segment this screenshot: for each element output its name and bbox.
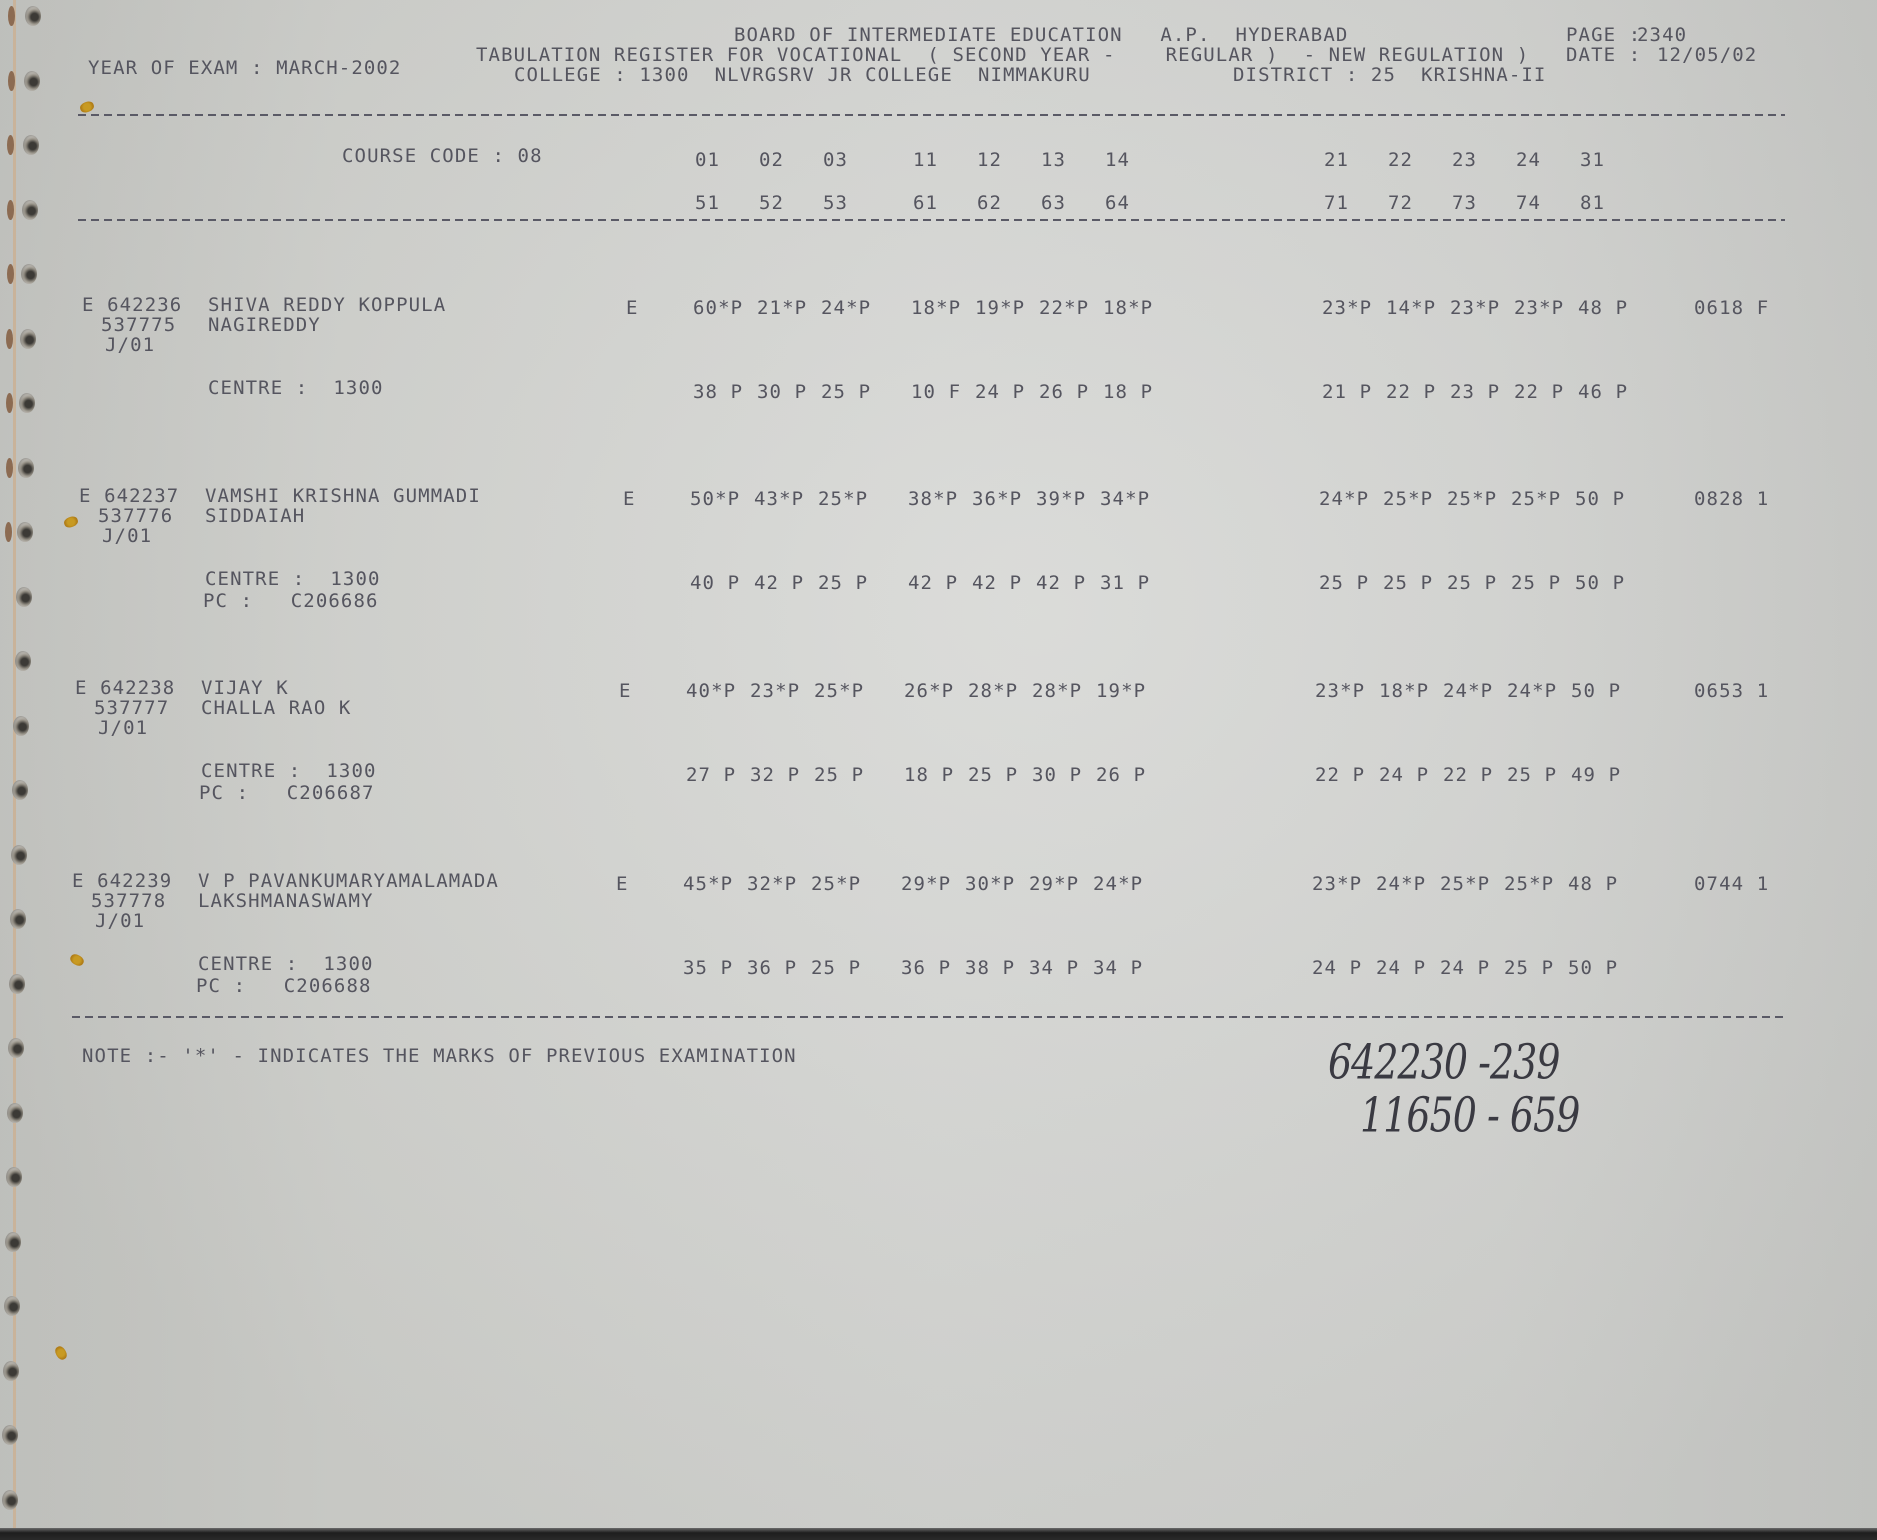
mark-first-year: 25*P	[1440, 873, 1490, 895]
binding-hole	[7, 1103, 23, 1123]
mark-first-year: 29*P	[1029, 873, 1079, 895]
mark-first-year: 23*P	[1450, 297, 1500, 319]
mark-second-year: 49 P	[1571, 764, 1621, 786]
binding-hole	[17, 522, 33, 542]
mark-first-year: 28*P	[968, 680, 1018, 702]
serial-number: 537776	[98, 505, 173, 527]
mark-second-year: 38 P	[693, 381, 743, 403]
serial-number: 537777	[94, 697, 169, 719]
subject-code: 02	[759, 149, 784, 171]
total-and-result: 0828 1	[1694, 488, 1769, 510]
mark-first-year: 23*P	[1322, 297, 1372, 319]
parent-name: SIDDAIAH	[205, 505, 305, 527]
subject-code: 21	[1324, 149, 1349, 171]
mark-second-year: 32 P	[750, 764, 800, 786]
mark-second-year: 42 P	[754, 572, 804, 594]
pc-number: PC : C206686	[203, 590, 379, 612]
parent-name: CHALLA RAO K	[201, 697, 351, 719]
mark-second-year: 22 P	[1315, 764, 1365, 786]
mark-second-year: 25 P	[814, 764, 864, 786]
pc-number: PC : C206688	[196, 975, 372, 997]
mark-second-year: 30 P	[1032, 764, 1082, 786]
mark-first-year: 25*P	[1504, 873, 1554, 895]
mark-first-year: 19*P	[975, 297, 1025, 319]
binding-hole	[16, 587, 32, 607]
centre-code: CENTRE : 1300	[198, 953, 374, 975]
mark-second-year: 42 P	[908, 572, 958, 594]
mark-first-year: 18*P	[911, 297, 961, 319]
binding-hole	[22, 200, 38, 220]
mark-first-year: 21*P	[757, 297, 807, 319]
mark-first-year: 23*P	[750, 680, 800, 702]
student-name: VIJAY K	[201, 677, 289, 699]
binding-hole	[20, 329, 36, 349]
batch-code: J/01	[98, 717, 148, 739]
medium: E	[626, 297, 639, 319]
mark-first-year: 60*P	[693, 297, 743, 319]
footer-note: NOTE :- '*' - INDICATES THE MARKS OF PRE…	[82, 1045, 797, 1067]
subject-code: 62	[977, 192, 1002, 214]
subject-code: 13	[1041, 149, 1066, 171]
mark-first-year: 38*P	[908, 488, 958, 510]
parent-name: NAGIREDDY	[208, 314, 321, 336]
mark-first-year: 19*P	[1096, 680, 1146, 702]
subject-code: 53	[823, 192, 848, 214]
hall-ticket-number: E 642236	[82, 294, 182, 316]
district: DISTRICT : 25 KRISHNA-II	[1233, 64, 1546, 86]
mark-first-year: 29*P	[901, 873, 951, 895]
mark-second-year: 34 P	[1029, 957, 1079, 979]
mark-second-year: 24 P	[1440, 957, 1490, 979]
mark-first-year: 45*P	[683, 873, 733, 895]
mark-second-year: 46 P	[1578, 381, 1628, 403]
mark-first-year: 22*P	[1039, 297, 1089, 319]
hall-ticket-number: E 642238	[75, 677, 175, 699]
mark-second-year: 24 P	[975, 381, 1025, 403]
mark-first-year: 48 P	[1578, 297, 1628, 319]
centre-code: CENTRE : 1300	[205, 568, 381, 590]
binding-hole	[19, 393, 35, 413]
binding-hole	[21, 264, 37, 284]
mark-second-year: 25 P	[811, 957, 861, 979]
mark-second-year: 27 P	[686, 764, 736, 786]
subject-code: 71	[1324, 192, 1349, 214]
total-and-result: 0618 F	[1694, 297, 1769, 319]
divider-line	[78, 114, 1785, 116]
mark-second-year: 38 P	[965, 957, 1015, 979]
mark-second-year: 25 P	[1447, 572, 1497, 594]
subject-code: 12	[977, 149, 1002, 171]
subject-code: 51	[695, 192, 720, 214]
subject-code: 31	[1580, 149, 1605, 171]
mark-second-year: 25 P	[1319, 572, 1369, 594]
binding-hole-shadow	[8, 6, 15, 26]
binding-hole	[2, 1425, 18, 1445]
mark-second-year: 21 P	[1322, 381, 1372, 403]
subject-code: 73	[1452, 192, 1477, 214]
centre-code: CENTRE : 1300	[201, 760, 377, 782]
binding-hole-shadow	[6, 393, 13, 413]
binding-hole	[13, 716, 29, 736]
mark-first-year: 36*P	[972, 488, 1022, 510]
mark-first-year: 24*P	[1319, 488, 1369, 510]
subject-code: 24	[1516, 149, 1541, 171]
mark-second-year: 22 P	[1514, 381, 1564, 403]
year-of-exam: YEAR OF EXAM : MARCH-2002	[88, 57, 401, 79]
mark-first-year: 18*P	[1379, 680, 1429, 702]
mark-first-year: 26*P	[904, 680, 954, 702]
binding-hole	[2, 1490, 18, 1510]
mark-second-year: 35 P	[683, 957, 733, 979]
mark-second-year: 26 P	[1096, 764, 1146, 786]
mark-second-year: 26 P	[1039, 381, 1089, 403]
mark-second-year: 25 P	[818, 572, 868, 594]
medium: E	[616, 873, 629, 895]
hall-ticket-number: E 642239	[72, 870, 172, 892]
binding-hole	[24, 71, 40, 91]
binding-hole	[23, 135, 39, 155]
batch-code: J/01	[95, 910, 145, 932]
binding-hole-shadow	[5, 522, 12, 542]
mark-first-year: 18*P	[1103, 297, 1153, 319]
subject-code: 63	[1041, 192, 1066, 214]
mark-first-year: 14*P	[1386, 297, 1436, 319]
mark-first-year: 25*P	[811, 873, 861, 895]
divider-line	[72, 1016, 1785, 1018]
subject-code: 14	[1105, 149, 1130, 171]
stain-mark	[68, 952, 85, 968]
mark-first-year: 39*P	[1036, 488, 1086, 510]
binding-hole	[6, 1167, 22, 1187]
mark-second-year: 25 P	[1504, 957, 1554, 979]
page-number: 2340	[1637, 24, 1687, 46]
mark-second-year: 40 P	[690, 572, 740, 594]
stain-mark	[79, 100, 96, 114]
mark-first-year: 24*P	[1507, 680, 1557, 702]
page-label: PAGE :	[1566, 24, 1641, 46]
mark-second-year: 18 P	[904, 764, 954, 786]
mark-second-year: 22 P	[1386, 381, 1436, 403]
binding-hole-shadow	[7, 200, 14, 220]
binding-hole	[10, 909, 26, 929]
student-name: V P PAVANKUMARYAMALAMADA	[198, 870, 499, 892]
mark-second-year: 25 P	[968, 764, 1018, 786]
binding-hole	[15, 651, 31, 671]
binding-hole-shadow	[6, 458, 13, 478]
mark-second-year: 10 F	[911, 381, 961, 403]
mark-second-year: 34 P	[1093, 957, 1143, 979]
mark-first-year: 34*P	[1100, 488, 1150, 510]
desk-edge	[0, 1528, 1877, 1540]
stain-mark	[53, 1344, 69, 1361]
mark-first-year: 24*P	[821, 297, 871, 319]
mark-first-year: 23*P	[1315, 680, 1365, 702]
mark-first-year: 32*P	[747, 873, 797, 895]
medium: E	[623, 488, 636, 510]
binding-hole	[18, 458, 34, 478]
header-line-1: BOARD OF INTERMEDIATE EDUCATION A.P. HYD…	[734, 24, 1348, 46]
total-and-result: 0653 1	[1694, 680, 1769, 702]
mark-first-year: 43*P	[754, 488, 804, 510]
subject-code: 64	[1105, 192, 1130, 214]
total-and-result: 0744 1	[1694, 873, 1769, 895]
mark-second-year: 25 P	[1507, 764, 1557, 786]
date-label: DATE :	[1566, 44, 1641, 66]
mark-second-year: 42 P	[972, 572, 1022, 594]
serial-number: 537775	[101, 314, 176, 336]
handwritten-serial-range: 11650 - 659	[1360, 1088, 1579, 1143]
mark-second-year: 22 P	[1443, 764, 1493, 786]
mark-first-year: 24*P	[1093, 873, 1143, 895]
mark-second-year: 25 P	[1383, 572, 1433, 594]
subject-code: 23	[1452, 149, 1477, 171]
medium: E	[619, 680, 632, 702]
mark-first-year: 23*P	[1514, 297, 1564, 319]
parent-name: LAKSHMANASWAMY	[198, 890, 374, 912]
binding-hole	[25, 6, 41, 26]
subject-code: 11	[913, 149, 938, 171]
mark-second-year: 24 P	[1312, 957, 1362, 979]
hall-ticket-number: E 642237	[79, 485, 179, 507]
binding-hole	[3, 1361, 19, 1381]
binding-hole	[11, 845, 27, 865]
pc-number: PC : C206687	[199, 782, 375, 804]
mark-second-year: 50 P	[1575, 572, 1625, 594]
subject-code: 52	[759, 192, 784, 214]
serial-number: 537778	[91, 890, 166, 912]
header-line-3: COLLEGE : 1300 NLVRGSRV JR COLLEGE NIMMA…	[514, 64, 1091, 86]
student-name: VAMSHI KRISHNA GUMMADI	[205, 485, 481, 507]
course-code: COURSE CODE : 08	[342, 145, 543, 167]
mark-second-year: 31 P	[1100, 572, 1150, 594]
mark-first-year: 40*P	[686, 680, 736, 702]
student-name: SHIVA REDDY KOPPULA	[208, 294, 446, 316]
mark-first-year: 50*P	[690, 488, 740, 510]
mark-second-year: 25 P	[1511, 572, 1561, 594]
mark-second-year: 18 P	[1103, 381, 1153, 403]
centre-code: CENTRE : 1300	[208, 377, 384, 399]
mark-second-year: 50 P	[1568, 957, 1618, 979]
mark-first-year: 50 P	[1575, 488, 1625, 510]
binding-hole-shadow	[8, 71, 15, 91]
mark-second-year: 30 P	[757, 381, 807, 403]
mark-second-year: 25 P	[821, 381, 871, 403]
subject-code: 74	[1516, 192, 1541, 214]
date-value: 12/05/02	[1657, 44, 1757, 66]
mark-second-year: 24 P	[1379, 764, 1429, 786]
handwritten-roll-range: 642230 -239	[1328, 1035, 1560, 1090]
stain-mark	[63, 515, 80, 529]
binding-hole	[8, 1038, 24, 1058]
subject-code: 61	[913, 192, 938, 214]
batch-code: J/01	[105, 334, 155, 356]
subject-code: 81	[1580, 192, 1605, 214]
mark-first-year: 25*P	[818, 488, 868, 510]
subject-code: 01	[695, 149, 720, 171]
mark-first-year: 25*P	[814, 680, 864, 702]
subject-code: 03	[823, 149, 848, 171]
subject-code: 72	[1388, 192, 1413, 214]
header-line-2: TABULATION REGISTER FOR VOCATIONAL ( SEC…	[476, 44, 1529, 66]
divider-line	[78, 219, 1785, 221]
mark-first-year: 48 P	[1568, 873, 1618, 895]
mark-first-year: 24*P	[1443, 680, 1493, 702]
mark-second-year: 42 P	[1036, 572, 1086, 594]
mark-second-year: 23 P	[1450, 381, 1500, 403]
binding-hole	[12, 780, 28, 800]
mark-first-year: 28*P	[1032, 680, 1082, 702]
batch-code: J/01	[102, 525, 152, 547]
mark-first-year: 50 P	[1571, 680, 1621, 702]
mark-first-year: 24*P	[1376, 873, 1426, 895]
mark-first-year: 25*P	[1511, 488, 1561, 510]
mark-second-year: 24 P	[1376, 957, 1426, 979]
binding-hole	[9, 974, 25, 994]
mark-first-year: 25*P	[1383, 488, 1433, 510]
mark-first-year: 30*P	[965, 873, 1015, 895]
mark-second-year: 36 P	[901, 957, 951, 979]
binding-hole	[4, 1296, 20, 1316]
mark-first-year: 25*P	[1447, 488, 1497, 510]
subject-code: 22	[1388, 149, 1413, 171]
binding-hole-shadow	[7, 264, 14, 284]
mark-second-year: 36 P	[747, 957, 797, 979]
binding-hole	[5, 1232, 21, 1252]
mark-first-year: 23*P	[1312, 873, 1362, 895]
